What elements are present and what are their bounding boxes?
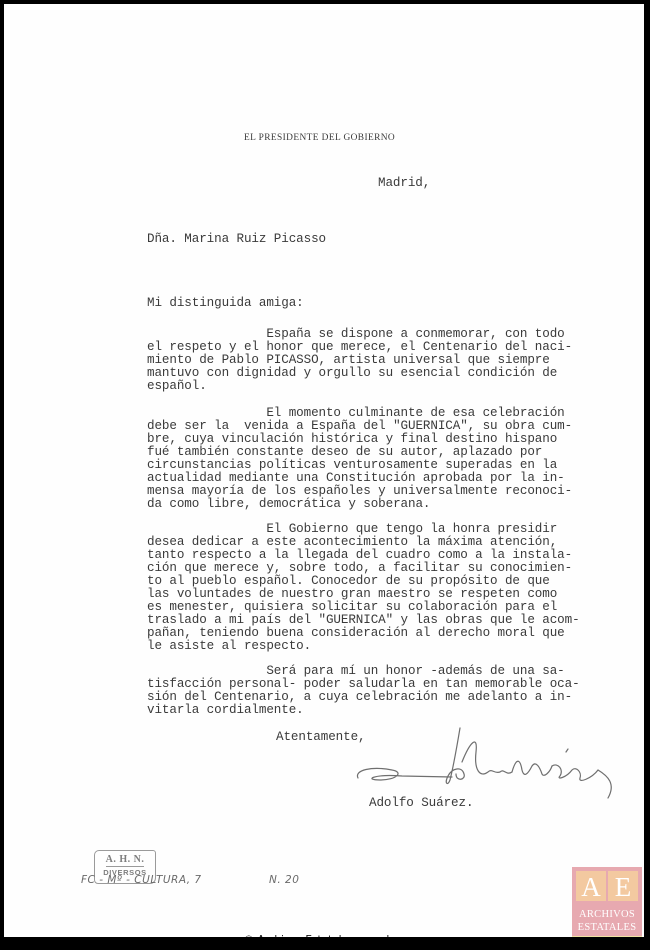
text-line: mantuvo con dignidad y orgullo su esenci… [147,367,557,379]
letter-page: EL PRESIDENTE DEL GOBIERNO Madrid, Dña. … [4,4,644,937]
text-line: traslado a mi país del "GUERNICA" y las … [147,614,580,626]
text-line: es menester, quisiera solicitar su colab… [147,601,557,613]
salutation: Mi distinguida amiga: [147,297,304,309]
text-line: debe ser la venida a España del "GUERNIC… [147,420,572,432]
text-line: español. [147,380,207,392]
place-date: Madrid, [378,177,430,189]
text-line: desea dedicar a este acontecimiento la m… [147,536,557,548]
text-line: le asiste al respecto. [147,640,311,652]
logo-ministry-strip [572,936,642,937]
handwritten-number: N. 20 [269,874,299,886]
text-line: mensa mayoría de los españoles y univers… [147,485,572,497]
text-line: tanto respecto a la llegada del cuadro c… [147,549,572,561]
text-line: ción que merece y, sobre todo, a facilit… [147,562,572,574]
text-line: El Gobierno que tengo la honra presidir [147,523,557,535]
text-line: pañan, teniendo buena consideración al d… [147,627,565,639]
handwritten-signature [352,722,632,802]
text-line: tisfacción personal- poder saludarla en … [147,678,580,690]
letterhead: EL PRESIDENTE DEL GOBIERNO [244,133,395,143]
text-line: El momento culminante de esa celebración [147,407,565,419]
copyright-notice: © Archivos Estatales, mecd.es [4,934,644,937]
text-line: sión del Centenario, a cuya celebración … [147,691,572,703]
text-line: vitarla cordialmente. [147,704,304,716]
recipient: Dña. Marina Ruiz Picasso [147,233,326,245]
text-line: bre, cuya vinculación histórica y final … [147,433,557,445]
logo-letter-e: E [608,871,638,901]
text-line: circunstancias políticas venturosamente … [147,459,557,471]
archivos-estatales-logo[interactable]: A E ARCHIVOS ESTATALES [572,867,642,937]
text-line: da como libre, democrática y soberana. [147,498,430,510]
text-line: actualidad mediante una Constitución apr… [147,472,565,484]
signatory-name: Adolfo Suárez. [369,797,473,809]
logo-text-line-1: ARCHIVOS [572,909,642,920]
text-line: el respeto y el honor que merece, el Cen… [147,341,572,353]
logo-letter-a: A [576,871,606,901]
text-line: España se dispone a conmemorar, con todo [147,328,565,340]
text-line: to al pueblo español. Conocedor de su pr… [147,575,550,587]
text-line: miento de Pablo PICASSO, artista univers… [147,354,550,366]
text-line: las voluntades de nuestro gran maestro s… [147,588,557,600]
bottom-frame-bar [0,942,650,950]
stamp-line-1: A. H. N. [95,854,155,865]
handwritten-reference: FC - Mº - CULTURA, 7 [81,874,202,886]
text-line: Será para mí un honor -además de una sa- [147,665,565,677]
logo-text-line-2: ESTATALES [572,922,642,933]
text-line: fué también constante deseo de su autor,… [147,446,542,458]
stamp-rule [106,866,144,867]
